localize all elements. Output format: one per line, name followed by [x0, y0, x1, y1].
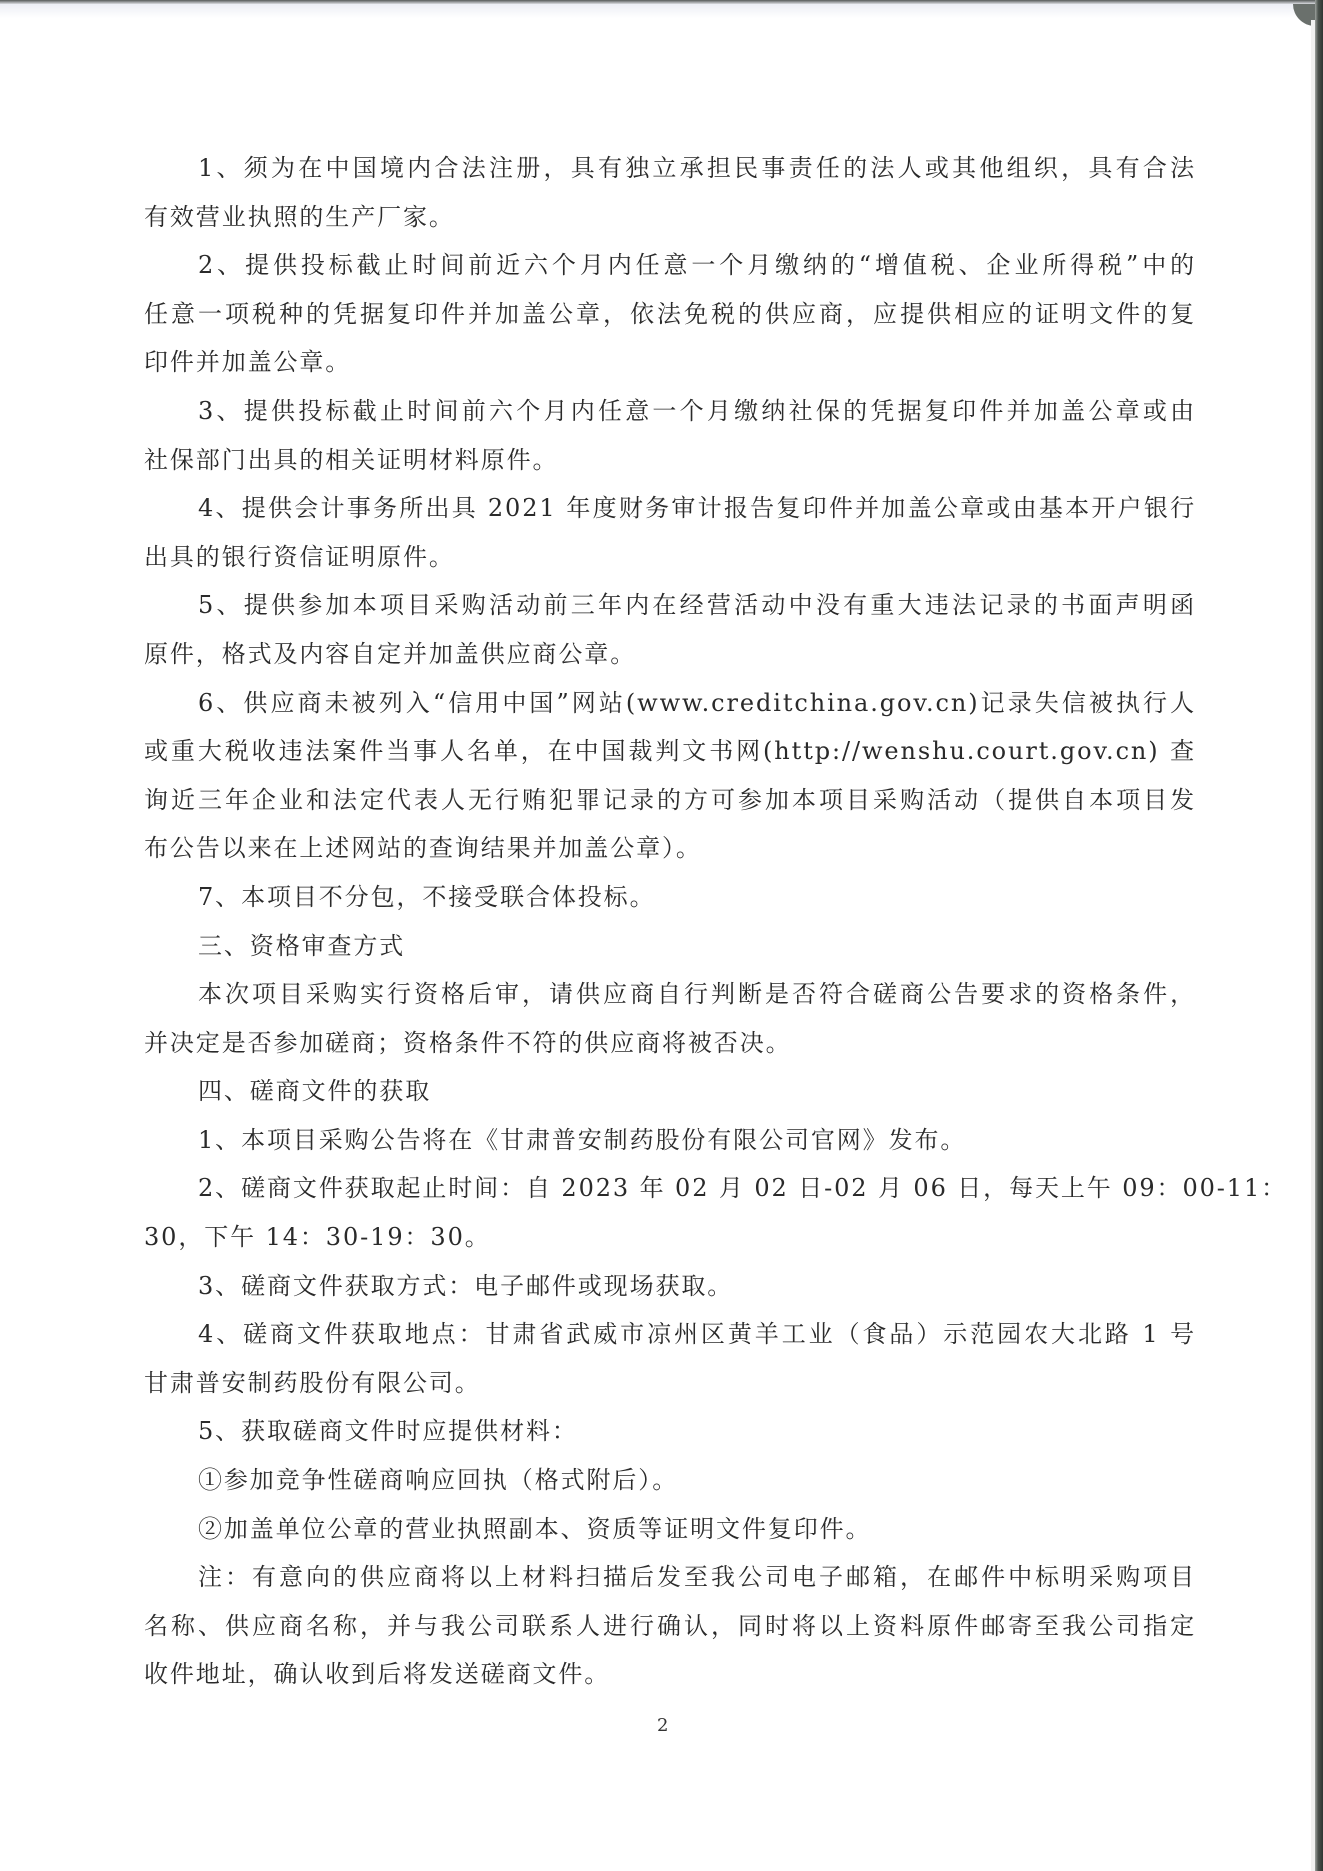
paragraph-line: 印件并加盖公章。	[144, 338, 1196, 387]
paragraph: 4、磋商文件获取地点：甘肃省武威市凉州区黄羊工业（食品）示范园农大北路 1 号甘…	[196, 1310, 1196, 1407]
paragraph: 5、获取磋商文件时应提供材料：	[196, 1407, 1196, 1456]
paragraph-line: 有效营业执照的生产厂家。	[144, 193, 1196, 242]
paragraph-line: 原件，格式及内容自定并加盖供应商公章。	[144, 630, 1196, 679]
paragraph-first-line: ②加盖单位公章的营业执照副本、资质等证明文件复印件。	[196, 1505, 1196, 1554]
paragraph: 5、提供参加本项目采购活动前三年内在经营活动中没有重大违法记录的书面声明函原件，…	[196, 581, 1196, 678]
paragraph: ②加盖单位公章的营业执照副本、资质等证明文件复印件。	[196, 1505, 1196, 1554]
paragraph: 1、本项目采购公告将在《甘肃普安制药股份有限公司官网》发布。	[196, 1116, 1196, 1165]
paragraph-first-line: 4、提供会计事务所出具 2021 年度财务审计报告复印件并加盖公章或由基本开户银…	[196, 484, 1196, 533]
paragraph-first-line: 7、本项目不分包，不接受联合体投标。	[196, 873, 1196, 922]
paragraph-line: 布公告以来在上述网站的查询结果并加盖公章）。	[144, 824, 1196, 873]
document-page: 1、须为在中国境内合法注册，具有独立承担民事责任的法人或其他组织，具有合法有效营…	[196, 144, 1196, 1699]
paragraph-first-line: 3、磋商文件获取方式：电子邮件或现场获取。	[196, 1262, 1196, 1311]
paragraph: 注：有意向的供应商将以上材料扫描后发至我公司电子邮箱，在邮件中标明采购项目名称、…	[196, 1553, 1196, 1699]
section-heading: 四、磋商文件的获取	[196, 1067, 1196, 1116]
scan-top-shadow	[0, 4, 1300, 18]
paragraph: ①参加竞争性磋商响应回执（格式附后）。	[196, 1456, 1196, 1505]
paragraph-line: 收件地址，确认收到后将发送磋商文件。	[144, 1650, 1196, 1699]
paragraph-first-line: ①参加竞争性磋商响应回执（格式附后）。	[196, 1456, 1196, 1505]
paragraph-first-line: 4、磋商文件获取地点：甘肃省武威市凉州区黄羊工业（食品）示范园农大北路 1 号	[196, 1310, 1196, 1359]
paragraph-first-line: 2、磋商文件获取起止时间：自 2023 年 02 月 02 日-02 月 06 …	[196, 1164, 1196, 1213]
paragraph-line: 或重大税收违法案件当事人名单，在中国裁判文书网(http://wenshu.co…	[144, 727, 1196, 776]
paragraph-first-line: 5、获取磋商文件时应提供材料：	[196, 1407, 1196, 1456]
paragraph: 2、磋商文件获取起止时间：自 2023 年 02 月 02 日-02 月 06 …	[196, 1164, 1196, 1261]
paragraph: 3、磋商文件获取方式：电子邮件或现场获取。	[196, 1262, 1196, 1311]
paragraph-first-line: 3、提供投标截止时间前六个月内任意一个月缴纳社保的凭据复印件并加盖公章或由	[196, 387, 1196, 436]
paragraph-first-line: 5、提供参加本项目采购活动前三年内在经营活动中没有重大违法记录的书面声明函	[196, 581, 1196, 630]
paragraph: 6、供应商未被列入“信用中国”网站(www.creditchina.gov.cn…	[196, 679, 1196, 873]
paragraph-line: 社保部门出具的相关证明材料原件。	[144, 436, 1196, 485]
paragraph: 1、须为在中国境内合法注册，具有独立承担民事责任的法人或其他组织，具有合法有效营…	[196, 144, 1196, 241]
scan-right-edge	[1315, 0, 1323, 1871]
paragraph-line: 甘肃普安制药股份有限公司。	[144, 1359, 1196, 1408]
paragraph-first-line: 2、提供投标截止时间前近六个月内任意一个月缴纳的“增值税、企业所得税”中的	[196, 241, 1196, 290]
paragraph: 4、提供会计事务所出具 2021 年度财务审计报告复印件并加盖公章或由基本开户银…	[196, 484, 1196, 581]
paragraph-line: 名称、供应商名称，并与我公司联系人进行确认，同时将以上资料原件邮寄至我公司指定	[144, 1602, 1196, 1651]
page-number: 2	[657, 1715, 668, 1736]
paragraph-line: 任意一项税种的凭据复印件并加盖公章，依法免税的供应商，应提供相应的证明文件的复	[144, 290, 1196, 339]
paragraph-first-line: 1、本项目采购公告将在《甘肃普安制药股份有限公司官网》发布。	[196, 1116, 1196, 1165]
paragraph-first-line: 6、供应商未被列入“信用中国”网站(www.creditchina.gov.cn…	[196, 679, 1196, 728]
paragraph-first-line: 1、须为在中国境内合法注册，具有独立承担民事责任的法人或其他组织，具有合法	[196, 144, 1196, 193]
paragraph-line: 并决定是否参加磋商；资格条件不符的供应商将被否决。	[144, 1019, 1196, 1068]
heading-text: 三、资格审查方式	[196, 922, 1196, 971]
paragraph-first-line: 本次项目采购实行资格后审，请供应商自行判断是否符合磋商公告要求的资格条件，	[196, 970, 1196, 1019]
paragraph-line: 出具的银行资信证明原件。	[144, 533, 1196, 582]
paragraph: 3、提供投标截止时间前六个月内任意一个月缴纳社保的凭据复印件并加盖公章或由社保部…	[196, 387, 1196, 484]
heading-text: 四、磋商文件的获取	[196, 1067, 1196, 1116]
section-heading: 三、资格审查方式	[196, 922, 1196, 971]
paragraph: 7、本项目不分包，不接受联合体投标。	[196, 873, 1196, 922]
paragraph-line: 30，下午 14：30-19：30。	[144, 1213, 1196, 1262]
paragraph: 2、提供投标截止时间前近六个月内任意一个月缴纳的“增值税、企业所得税”中的任意一…	[196, 241, 1196, 387]
paragraph-first-line: 注：有意向的供应商将以上材料扫描后发至我公司电子邮箱，在邮件中标明采购项目	[196, 1553, 1196, 1602]
paragraph-line: 询近三年企业和法定代表人无行贿犯罪记录的方可参加本项目采购活动（提供自本项目发	[144, 776, 1196, 825]
paragraph: 本次项目采购实行资格后审，请供应商自行判断是否符合磋商公告要求的资格条件，并决定…	[196, 970, 1196, 1067]
